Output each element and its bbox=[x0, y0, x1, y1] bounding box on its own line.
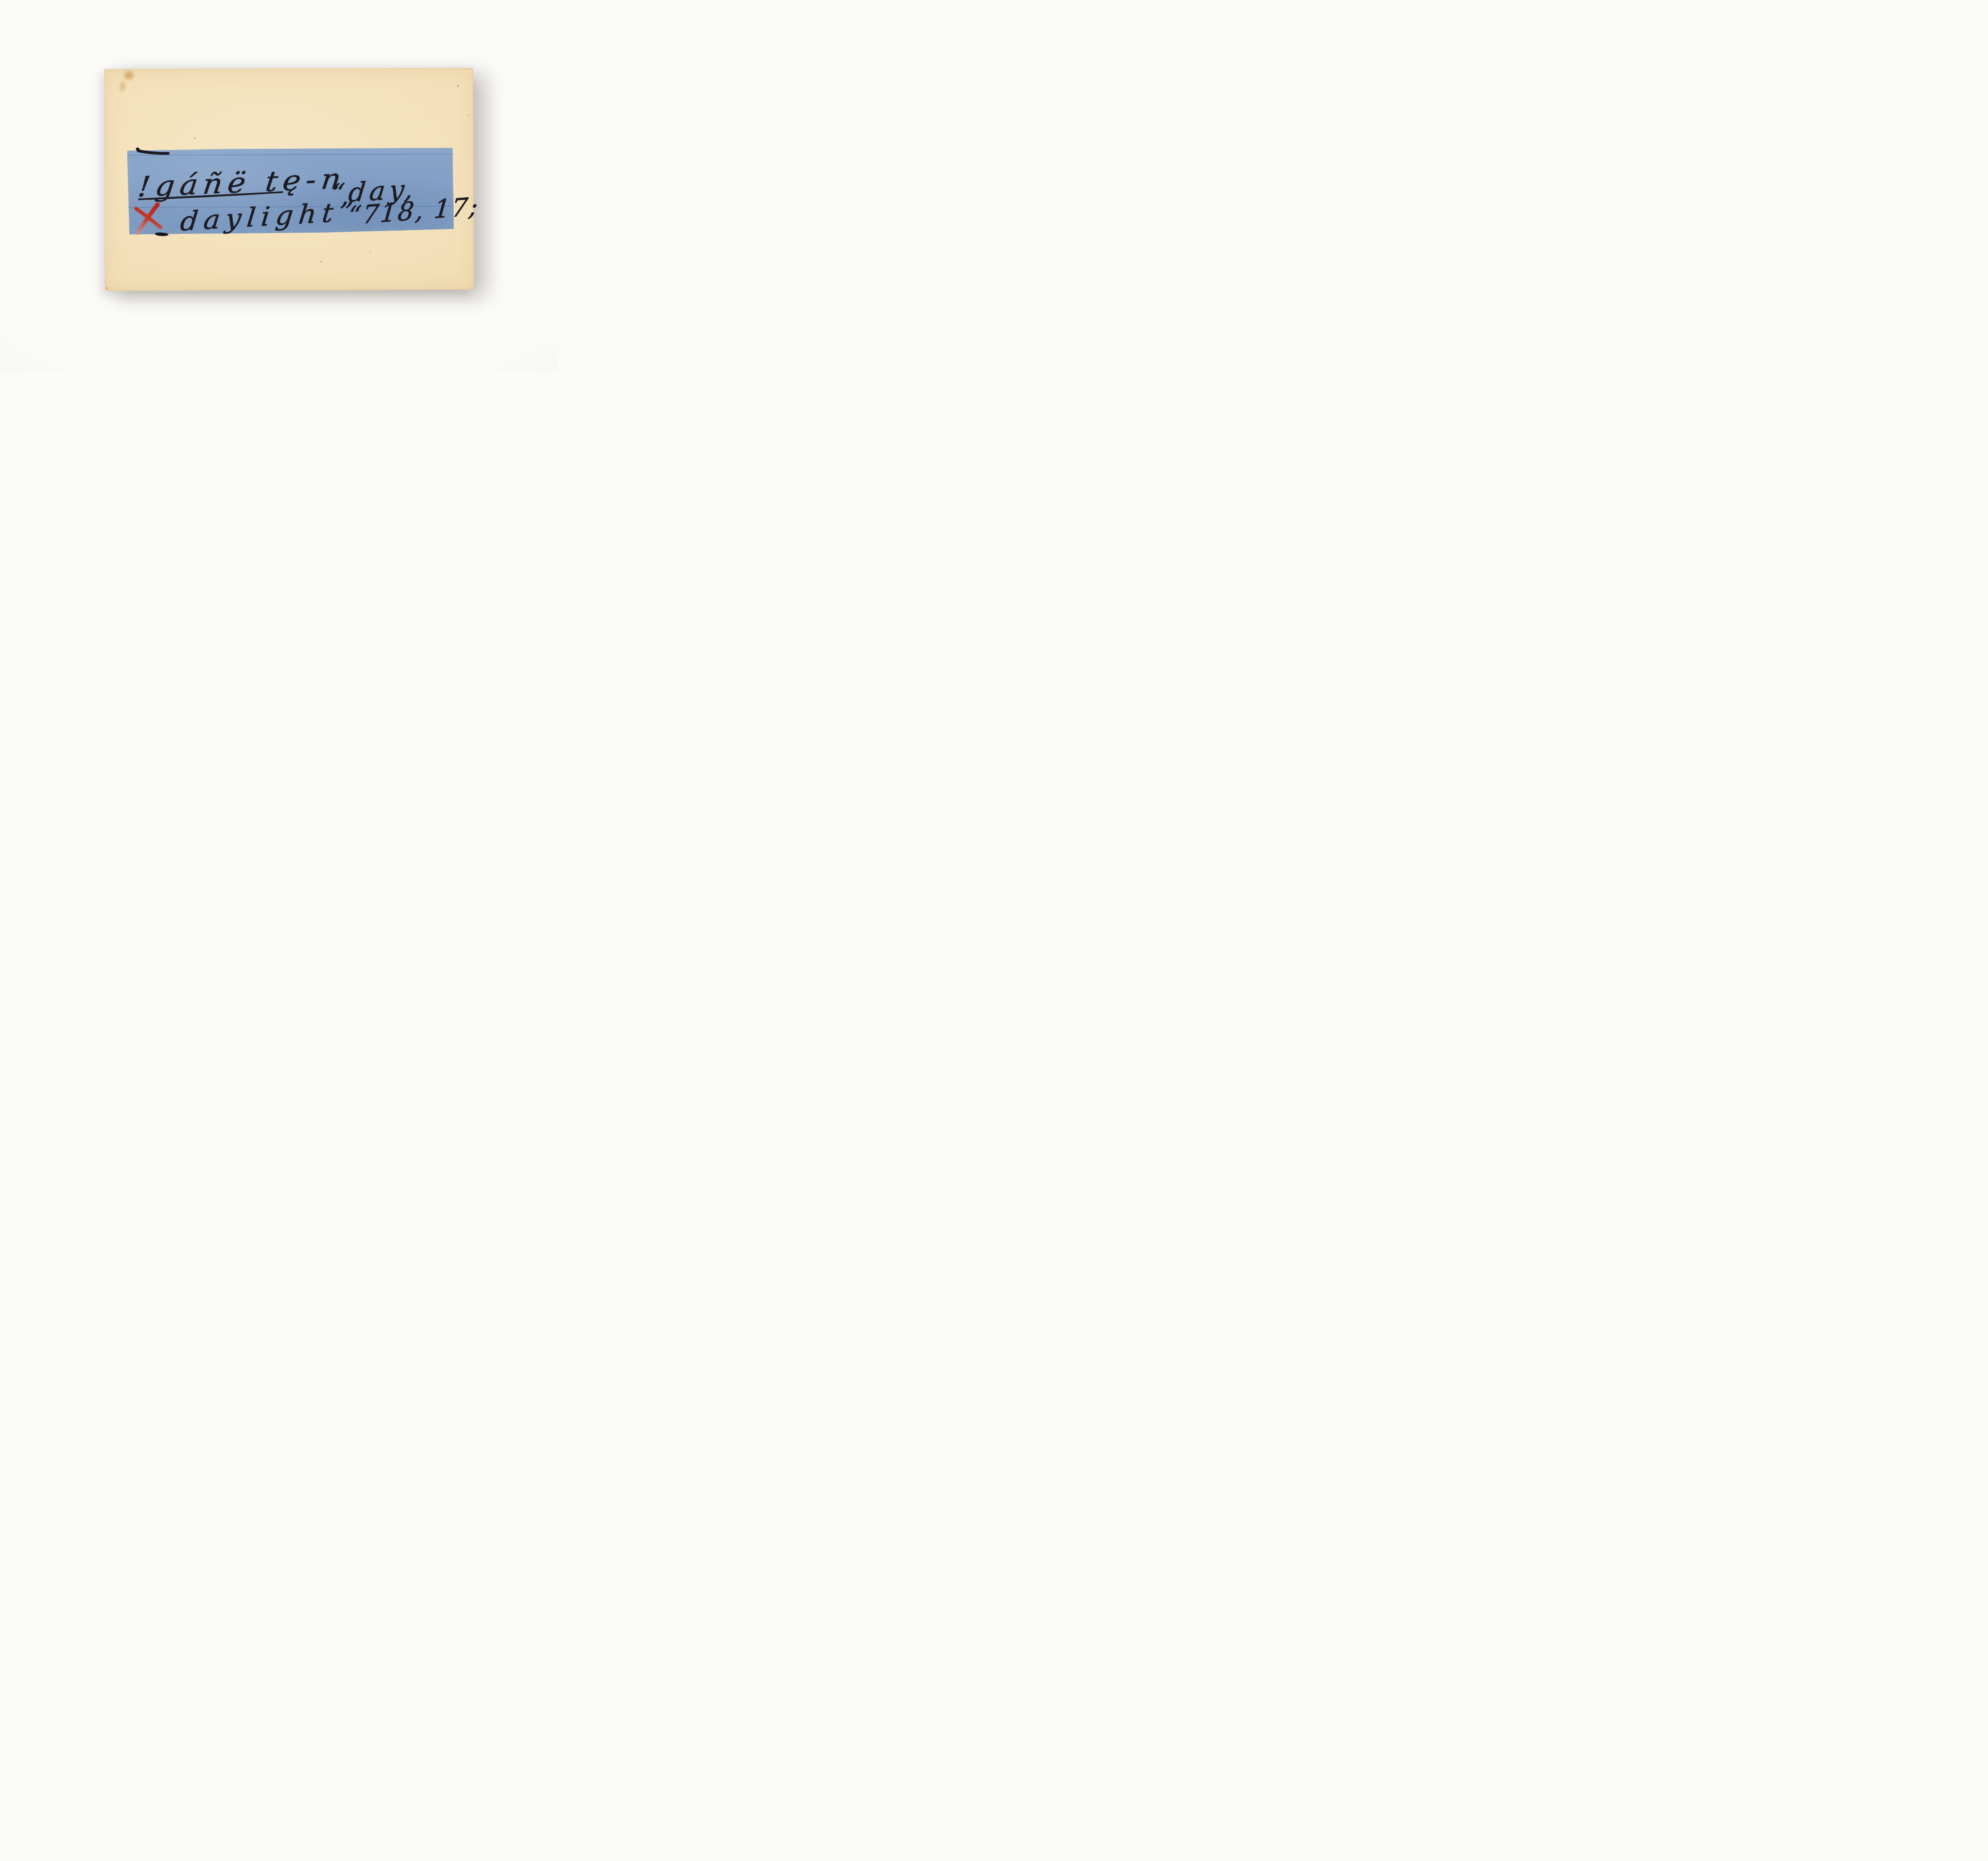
foxing-speck bbox=[194, 138, 196, 139]
ruled-line bbox=[127, 154, 454, 155]
headword-text: !gáñë tę-n bbox=[136, 165, 348, 201]
foxing-speck bbox=[468, 114, 470, 116]
index-card: !gáñë tę-n “day, daylight” “718, 17; bbox=[104, 68, 474, 291]
photo-backdrop: !gáñë tę-n “day, daylight” “718, 17; bbox=[0, 0, 558, 372]
foxing-stain-cluster bbox=[113, 68, 140, 98]
ink-speck bbox=[457, 85, 458, 87]
foxing-speck bbox=[181, 237, 183, 238]
foxing-speck bbox=[320, 261, 322, 262]
foxing-speck bbox=[106, 288, 108, 289]
foxing-speck bbox=[370, 252, 371, 253]
